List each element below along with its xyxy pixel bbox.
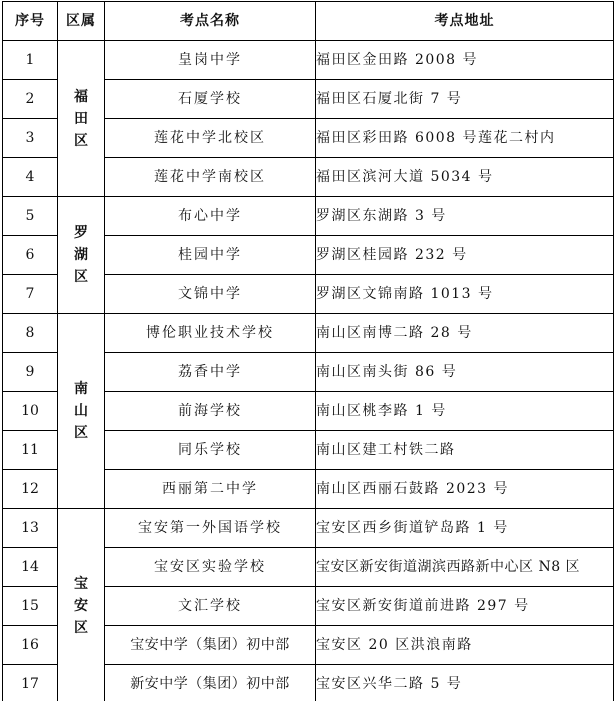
- site-name: 新安中学（集团）初中部: [105, 665, 316, 701]
- row-index: 5: [3, 197, 58, 236]
- row-index: 3: [3, 119, 58, 158]
- site-name: 桂园中学: [105, 236, 316, 275]
- district-label: 福田区: [73, 86, 89, 152]
- row-index: 13: [3, 509, 58, 548]
- site-name: 西丽第二中学: [105, 470, 316, 509]
- site-name: 博伦职业技术学校: [105, 314, 316, 353]
- table-row: 5 罗湖区 布心中学 罗湖区东湖路 3 号: [3, 197, 614, 236]
- row-index: 7: [3, 275, 58, 314]
- site-name: 宝安区实验学校: [105, 548, 316, 587]
- site-address: 宝安区西乡街道铲岛路 1 号: [316, 509, 614, 548]
- site-address: 福田区滨河大道 5034 号: [316, 158, 614, 197]
- district-cell: 宝安区: [58, 509, 105, 701]
- row-index: 12: [3, 470, 58, 509]
- site-address: 宝安区 20 区洪浪南路: [316, 626, 614, 665]
- table-row: 13 宝安区 宝安第一外国语学校 宝安区西乡街道铲岛路 1 号: [3, 509, 614, 548]
- site-name: 宝安中学（集团）初中部: [105, 626, 316, 665]
- header-index: 序号: [3, 2, 58, 41]
- site-address: 南山区建工村铁二路: [316, 431, 614, 470]
- row-index: 11: [3, 431, 58, 470]
- site-name: 宝安第一外国语学校: [105, 509, 316, 548]
- row-index: 4: [3, 158, 58, 197]
- district-cell: 罗湖区: [58, 197, 105, 314]
- exam-site-table: 序号 区属 考点名称 考点地址 1 福田区 皇岗中学 福田区金田路 2008 号…: [2, 1, 614, 701]
- row-index: 15: [3, 587, 58, 626]
- site-name: 莲花中学北校区: [105, 119, 316, 158]
- site-address: 宝安区兴华二路 5 号: [316, 665, 614, 701]
- row-index: 10: [3, 392, 58, 431]
- row-index: 17: [3, 665, 58, 701]
- district-label: 罗湖区: [73, 222, 89, 288]
- site-address: 宝安区新安街道前进路 297 号: [316, 587, 614, 626]
- site-address: 南山区西丽石鼓路 2023 号: [316, 470, 614, 509]
- row-index: 6: [3, 236, 58, 275]
- district-label: 宝安区: [73, 573, 89, 639]
- site-address: 宝安区新安街道湖滨西路新中心区 N8 区: [316, 548, 614, 587]
- header-row: 序号 区属 考点名称 考点地址: [3, 2, 614, 41]
- site-name: 莲花中学南校区: [105, 158, 316, 197]
- table-row: 8 南山区 博伦职业技术学校 南山区南博二路 28 号: [3, 314, 614, 353]
- site-name: 同乐学校: [105, 431, 316, 470]
- site-name: 皇岗中学: [105, 41, 316, 80]
- row-index: 2: [3, 80, 58, 119]
- district-label: 南山区: [73, 378, 89, 444]
- district-cell: 南山区: [58, 314, 105, 509]
- row-index: 1: [3, 41, 58, 80]
- row-index: 16: [3, 626, 58, 665]
- site-address: 福田区金田路 2008 号: [316, 41, 614, 80]
- row-index: 8: [3, 314, 58, 353]
- site-address: 罗湖区桂园路 232 号: [316, 236, 614, 275]
- header-address: 考点地址: [316, 2, 614, 41]
- site-address: 南山区南博二路 28 号: [316, 314, 614, 353]
- site-address: 南山区桃李路 1 号: [316, 392, 614, 431]
- site-name: 布心中学: [105, 197, 316, 236]
- header-name: 考点名称: [105, 2, 316, 41]
- site-address: 南山区南头街 86 号: [316, 353, 614, 392]
- district-cell: 福田区: [58, 41, 105, 197]
- site-name: 文锦中学: [105, 275, 316, 314]
- row-index: 14: [3, 548, 58, 587]
- site-name: 石厦学校: [105, 80, 316, 119]
- site-name: 前海学校: [105, 392, 316, 431]
- table-row: 1 福田区 皇岗中学 福田区金田路 2008 号: [3, 41, 614, 80]
- site-address: 福田区石厦北街 7 号: [316, 80, 614, 119]
- site-address: 罗湖区东湖路 3 号: [316, 197, 614, 236]
- header-district: 区属: [58, 2, 105, 41]
- site-address: 福田区彩田路 6008 号莲花二村内: [316, 119, 614, 158]
- row-index: 9: [3, 353, 58, 392]
- site-address: 罗湖区文锦南路 1013 号: [316, 275, 614, 314]
- site-name: 文汇学校: [105, 587, 316, 626]
- site-name: 荔香中学: [105, 353, 316, 392]
